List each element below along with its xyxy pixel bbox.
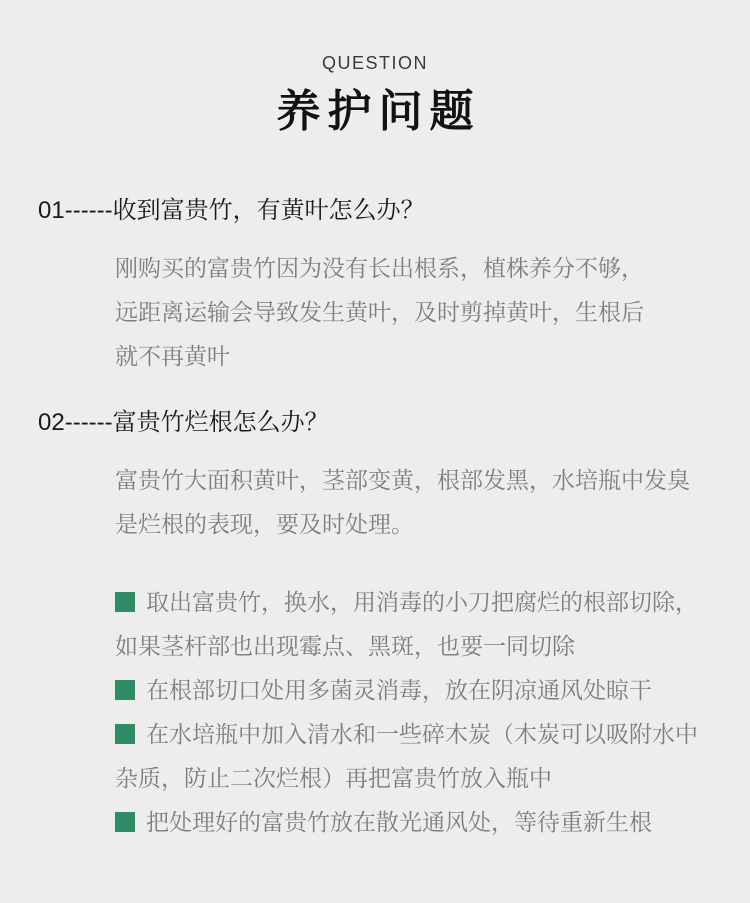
step-item-4: 把处理好的富贵竹放在散光通风处，等待重新生根 <box>115 800 715 844</box>
bullet-square-icon <box>115 592 135 612</box>
question-2-text: 富贵竹烂根怎么办？ <box>113 409 329 436</box>
question-1-heading: 01------收到富贵竹，有黄叶怎么办？ <box>0 194 750 228</box>
question-2-heading: 02------富贵竹烂根怎么办？ <box>0 406 750 440</box>
treatment-steps-list: 取出富贵竹，换水，用消毒的小刀把腐烂的根部切除， 如果茎杆部也出现霉点、黑斑，也… <box>0 580 715 844</box>
question-section-2: 02------富贵竹烂根怎么办？ 富贵竹大面积黄叶，茎部变黄，根部发黑，水培瓶… <box>0 406 750 844</box>
step-item-1: 取出富贵竹，换水，用消毒的小刀把腐烂的根部切除， 如果茎杆部也出现霉点、黑斑，也… <box>115 580 715 668</box>
question-2-number: 02 <box>38 409 65 436</box>
question-1-number: 01 <box>38 197 65 224</box>
bullet-square-icon <box>115 680 135 700</box>
answer-2-text: 富贵竹大面积黄叶，茎部变黄，根部发黑，水培瓶中发臭 是烂根的表现，要及时处理。 <box>0 458 715 546</box>
step-4-text: 把处理好的富贵竹放在散光通风处，等待重新生根 <box>146 809 652 835</box>
question-2-dashes: ------ <box>65 409 113 436</box>
page-header: QUESTION 养护问题 <box>0 0 750 135</box>
bullet-square-icon <box>115 812 135 832</box>
step-item-2: 在根部切口处用多菌灵消毒，放在阴凉通风处晾干 <box>115 668 715 712</box>
question-section-1: 01------收到富贵竹，有黄叶怎么办？ 刚购买的富贵竹因为没有长出根系，植株… <box>0 194 750 378</box>
bullet-square-icon <box>115 724 135 744</box>
step-2-text: 在根部切口处用多菌灵消毒，放在阴凉通风处晾干 <box>146 677 652 703</box>
step-3-text: 在水培瓶中加入清水和一些碎木炭（木炭可以吸附水中 杂质，防止二次烂根）再把富贵竹… <box>115 721 698 791</box>
step-1-text: 取出富贵竹，换水，用消毒的小刀把腐烂的根部切除， 如果茎杆部也出现霉点、黑斑，也… <box>115 589 698 659</box>
step-item-3: 在水培瓶中加入清水和一些碎木炭（木炭可以吸附水中 杂质，防止二次烂根）再把富贵竹… <box>115 712 715 800</box>
question-1-text: 收到富贵竹，有黄叶怎么办？ <box>113 197 425 224</box>
answer-1-text: 刚购买的富贵竹因为没有长出根系，植株养分不够， 远距离运输会导致发生黄叶，及时剪… <box>0 246 715 378</box>
page-title: 养护问题 <box>0 89 750 135</box>
question-1-dashes: ------ <box>65 197 113 224</box>
eyebrow-label: QUESTION <box>0 54 750 72</box>
care-questions-page: QUESTION 养护问题 01------收到富贵竹，有黄叶怎么办？ 刚购买的… <box>0 0 750 903</box>
